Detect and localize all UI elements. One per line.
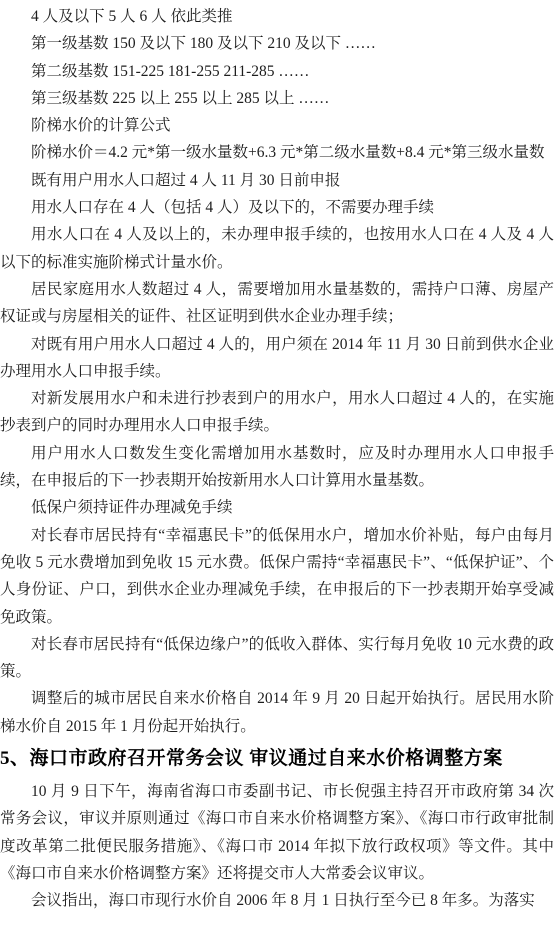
paragraph: 会议指出，海口市现行水价自 2006 年 8 月 1 日执行至今已 8 年多。为… <box>0 887 554 914</box>
paragraph: 调整后的城市居民自来水价格自 2014 年 9 月 20 日起开始执行。居民用水… <box>0 685 554 740</box>
paragraph: 第三级基数 225 以上 255 以上 285 以上 …… <box>0 85 554 112</box>
section-heading: 5、海口市政府召开常务会议 审议通过自来水价格调整方案 <box>0 740 554 778</box>
paragraph: 10 月 9 日下午，海南省海口市委副书记、市长倪强主持召开市政府第 34 次常… <box>0 778 554 887</box>
paragraph: 阶梯水价的计算公式 <box>0 112 554 139</box>
paragraph: 用水人口在 4 人及以上的，未办理申报手续的，也按用水人口在 4 人及 4 人以… <box>0 221 554 276</box>
paragraph: 用水人口存在 4 人（包括 4 人）及以下的，不需要办理手续 <box>0 194 554 221</box>
paragraph: 对既有用户用水人口超过 4 人的，用户须在 2014 年 11 月 30 日前到… <box>0 331 554 386</box>
paragraph: 低保户须持证件办理减免手续 <box>0 494 554 521</box>
paragraph: 对新发展用水户和未进行抄表到户的用水户，用水人口超过 4 人的，在实施抄表到户的… <box>0 385 554 440</box>
paragraph: 对长春市居民持有“幸福惠民卡”的低保用水户，增加水价补贴，每户由每月免收 5 元… <box>0 522 554 631</box>
paragraph: 阶梯水价＝4.2 元*第一级水量数+6.3 元*第二级水量数+8.4 元*第三级… <box>0 139 554 166</box>
paragraph: 对长春市居民持有“低保边缘户”的低收入群体、实行每月免收 10 元水费的政策。 <box>0 631 554 686</box>
paragraph: 既有用户用水人口超过 4 人 11 月 30 日前申报 <box>0 167 554 194</box>
paragraph: 用户用水人口数发生变化需增加用水基数时，应及时办理用水人口申报手续，在申报后的下… <box>0 440 554 495</box>
paragraph: 第二级基数 151-225 181-255 211-285 …… <box>0 58 554 85</box>
document-page: 4 人及以下 5 人 6 人 依此类推第一级基数 150 及以下 180 及以下… <box>0 0 554 933</box>
paragraph: 第一级基数 150 及以下 180 及以下 210 及以下 …… <box>0 30 554 57</box>
paragraph: 居民家庭用水人数超过 4 人，需要增加用水量基数的，需持户口薄、房屋产权证或与房… <box>0 276 554 331</box>
document-body: 4 人及以下 5 人 6 人 依此类推第一级基数 150 及以下 180 及以下… <box>0 3 554 915</box>
paragraph: 4 人及以下 5 人 6 人 依此类推 <box>0 3 554 30</box>
